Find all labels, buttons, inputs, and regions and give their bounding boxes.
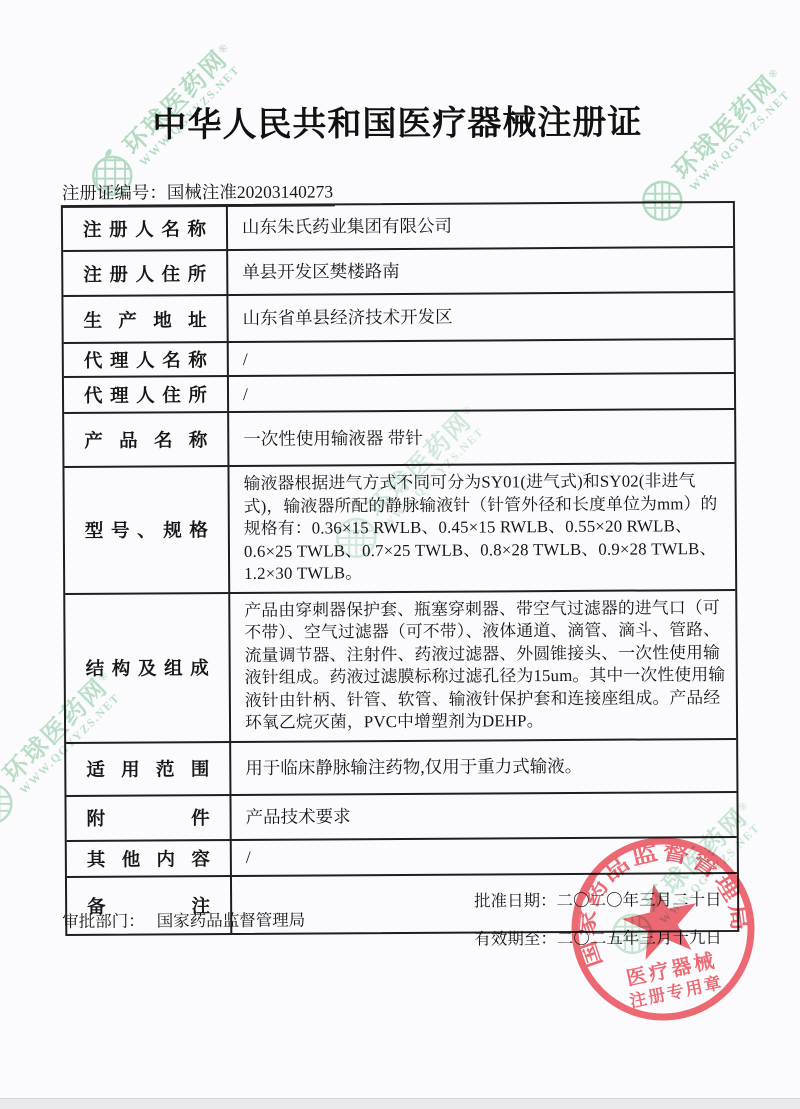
row-value: / <box>229 374 734 411</box>
approval-department-line: 审批部门：国家药品监督管理局 <box>62 907 305 932</box>
table-row: 注册人住所 单县开发区樊楼路南 <box>63 248 733 297</box>
row-value: 山东朱氏药业集团有限公司 <box>228 203 733 249</box>
row-label: 其他内容 <box>67 841 232 876</box>
table-row: 代理人名称 / <box>64 340 734 378</box>
row-label: 结构及组成 <box>65 594 231 742</box>
table-row: 适用范围 用于临床静脉输注药物,仅用于重力式输液。 <box>66 739 736 796</box>
valid-until-value: 二〇二五年三月十九日 <box>557 928 722 948</box>
page-title: 中华人民共和国医疗器械注册证 <box>0 94 797 148</box>
row-value: 一次性使用输液器 带针 <box>229 410 734 465</box>
row-value: 山东省单县经济技术开发区 <box>228 293 733 341</box>
table-row: 结构及组成 产品由穿刺器保护套、瓶塞穿刺器、带空气过滤器的进气口（可不带）、空气… <box>65 590 736 743</box>
table-row: 其他内容 / <box>67 837 737 877</box>
certificate-sheet: 中华人民共和国医疗器械注册证 注册证编号：国械注准20203140273 注册人… <box>0 0 800 1109</box>
dates-block: 批准日期：二〇二〇年三月二十日 有效期至：二〇二五年三月十九日 <box>474 886 722 964</box>
row-label: 型号、规格 <box>64 467 230 593</box>
approval-department-label: 审批部门： <box>62 912 145 932</box>
row-label: 代理人名称 <box>64 343 229 376</box>
row-label: 适用范围 <box>66 743 231 795</box>
table-row: 注册人名称 山东朱氏药业集团有限公司 <box>63 203 733 252</box>
row-value: / <box>229 340 734 375</box>
row-value: / <box>232 837 737 874</box>
table-row: 生产地址 山东省单县经济技术开发区 <box>63 293 733 344</box>
row-value: 单县开发区樊楼路南 <box>228 248 733 294</box>
row-value: 产品技术要求 <box>231 792 736 838</box>
row-value: 输液器根据进气方式不同可分为SY01(进气式)和SY02(非进气式)，输液器所配… <box>229 464 735 592</box>
row-label: 产品名称 <box>64 413 229 466</box>
table-row: 附件 产品技术要求 <box>66 792 736 841</box>
table-row: 型号、规格 输液器根据进气方式不同可分为SY01(进气式)和SY02(非进气式)… <box>64 464 735 595</box>
approval-department-value: 国家药品监督管理局 <box>157 911 306 931</box>
valid-until-line: 有效期至：二〇二五年三月十九日 <box>474 924 722 950</box>
row-label: 注册人住所 <box>63 251 228 295</box>
table-row: 产品名称 一次性使用输液器 带针 <box>64 410 734 468</box>
approve-date-label: 批准日期： <box>474 891 557 911</box>
approve-date-value: 二〇二〇年三月二十日 <box>557 890 722 910</box>
row-label: 生产地址 <box>63 296 228 342</box>
row-label: 注册人名称 <box>63 206 228 250</box>
valid-until-label: 有效期至： <box>474 929 557 949</box>
table-row: 代理人住所 / <box>64 374 734 414</box>
row-label: 代理人住所 <box>64 377 229 412</box>
row-label: 附件 <box>66 796 231 840</box>
approve-date-line: 批准日期：二〇二〇年三月二十日 <box>474 886 722 912</box>
row-value: 产品由穿刺器保护套、瓶塞穿刺器、带空气过滤器的进气口（可不带）、空气过滤器（可不… <box>230 590 736 740</box>
certificate-table: 注册人名称 山东朱氏药业集团有限公司 注册人住所 单县开发区樊楼路南 生产地址 … <box>61 201 739 936</box>
row-value: 用于临床静脉输注药物,仅用于重力式输液。 <box>231 739 736 793</box>
scan-edge <box>0 1098 800 1109</box>
